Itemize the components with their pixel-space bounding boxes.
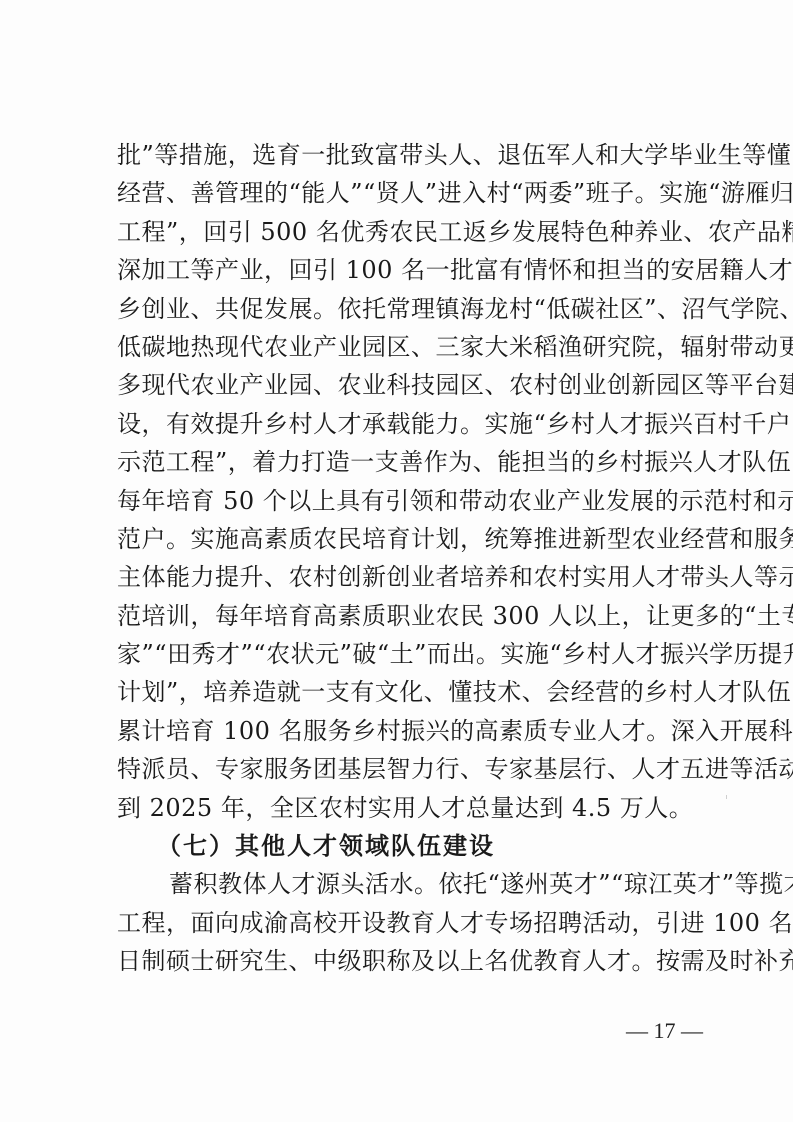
paragraph-line: 蓄积教体人才源头活水。依托“遂州英才”“琼江英才”等揽才 [117, 865, 699, 903]
paragraph-line: 范户。实施高素质农民培育计划，统筹推进新型农业经营和服务 [117, 520, 699, 558]
section-heading: （七）其他人才领域队伍建设 [117, 827, 699, 865]
paragraph-line: 每年培育 50 个以上具有引领和带动农业产业发展的示范村和示 [117, 482, 699, 520]
paragraph-line: 工程”，回引 500 名优秀农民工返乡发展特色种养业、农产品精 [117, 213, 699, 251]
paragraph-line: 低碳地热现代农业产业园区、三家大米稻渔研究院，辐射带动更 [117, 328, 699, 366]
paragraph-line: 示范工程”，着力打造一支善作为、能担当的乡村振兴人才队伍， [117, 443, 699, 481]
paragraph-line: 批”等措施，选育一批致富带头人、退伍军人和大学毕业生等懂 [117, 136, 699, 174]
paragraph-line: 乡创业、共促发展。依托常理镇海龙村“低碳社区”、沼气学院、 [117, 290, 699, 328]
paragraph-line: 经营、善管理的“能人”“贤人”进入村“两委”班子。实施“游雁归乡 [117, 174, 699, 212]
paragraph-line: 工程，面向成渝高校开设教育人才专场招聘活动，引进 100 名全 [117, 904, 699, 942]
paragraph-line: 计划”，培养造就一支有文化、懂技术、会经营的乡村人才队伍， [117, 673, 699, 711]
paragraph-line: 特派员、专家服务团基层智力行、专家基层行、人才五进等活动。 [117, 750, 699, 788]
paragraph-line: 到 2025 年，全区农村实用人才总量达到 4.5 万人。 [117, 789, 699, 827]
paragraph-line: 深加工等产业，回引 100 名一批富有情怀和担当的安居籍人才返 [117, 251, 699, 289]
paragraph-line: 多现代农业产业园、农业科技园区、农村创业创新园区等平台建 [117, 366, 699, 404]
paragraph-line: 范培训，每年培育高素质职业农民 300 人以上，让更多的“土专 [117, 597, 699, 635]
document-page: 批”等措施，选育一批致富带头人、退伍军人和大学毕业生等懂 经营、善管理的“能人”… [0, 0, 793, 1122]
body-text: 批”等措施，选育一批致富带头人、退伍军人和大学毕业生等懂 经营、善管理的“能人”… [117, 136, 699, 981]
paragraph-line: 累计培育 100 名服务乡村振兴的高素质专业人才。深入开展科技 [117, 712, 699, 750]
paragraph-line: 家”“田秀才”“农状元”破“土”而出。实施“乡村人才振兴学历提升 [117, 635, 699, 673]
paragraph-line: 主体能力提升、农村创新创业者培养和农村实用人才带头人等示 [117, 558, 699, 596]
paragraph-line: 设，有效提升乡村人才承载能力。实施“乡村人才振兴百村千户 [117, 405, 699, 443]
scan-artifact [726, 795, 727, 799]
page-number: — 17 — [626, 1018, 703, 1044]
paragraph-line: 日制硕士研究生、中级职称及以上名优教育人才。按需及时补充 [117, 942, 699, 980]
